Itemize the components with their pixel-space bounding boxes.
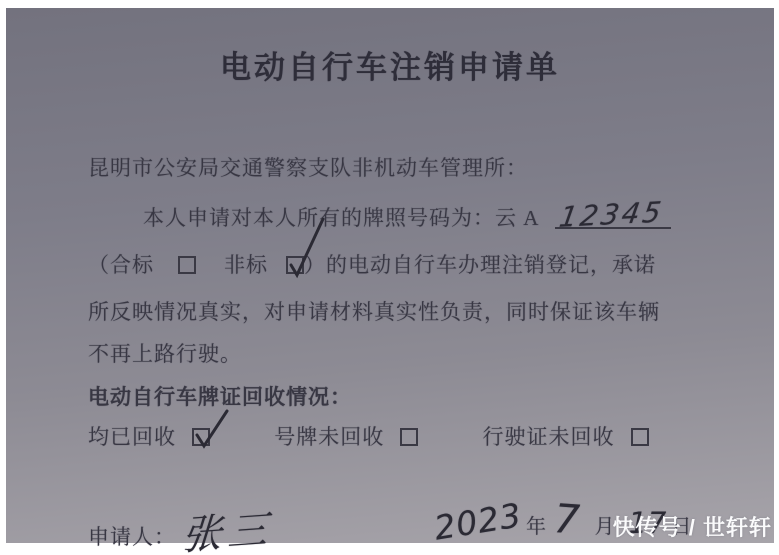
plate-number-handwritten: 12345	[557, 195, 666, 234]
form-title: 电动自行车注销申请单	[6, 42, 774, 87]
option-license-not-recovered: 行驶证未回收	[483, 421, 649, 451]
checkbox-all-recovered	[192, 428, 210, 446]
plate-number-field: 12345	[555, 205, 671, 229]
option-plate-not-recovered: 号牌未回收	[274, 421, 418, 451]
type-line-suffix: 的电动自行车办理注销登记，承诺	[326, 253, 656, 277]
month-handwritten: 7	[552, 496, 582, 544]
statement-line-3: 不再上路行驶。	[88, 338, 242, 368]
checkbox-hebiao	[178, 256, 196, 274]
application-text: 本人申请对本人所有的牌照号码为：云 A	[143, 206, 539, 230]
application-line: 本人申请对本人所有的牌照号码为：云 A12345	[143, 202, 671, 232]
option-label: 均已回收	[88, 425, 176, 449]
option-label: 行驶证未回收	[483, 425, 615, 449]
option-label: 号牌未回收	[274, 425, 384, 449]
statement-line-2: 所反映情况真实，对申请材料真实性负责，同时保证该车辆	[88, 296, 660, 326]
form-photo: 电动自行车注销申请单 昆明市公安局交通警察支队非机动车管理所： 本人申请对本人所…	[6, 8, 774, 543]
addressee-line: 昆明市公安局交通警察支队非机动车管理所：	[88, 152, 528, 182]
checkbox-plate-not-recovered	[400, 428, 418, 446]
applicant-label: 申请人：	[88, 521, 176, 551]
checkbox-license-not-recovered	[631, 428, 649, 446]
checkmark-icon	[283, 215, 327, 279]
year-handwritten: 2023	[431, 495, 524, 547]
checkmark-icon	[191, 407, 231, 451]
watermark: 快传号 / 世轩轩	[613, 511, 772, 542]
year-label: 年	[526, 510, 546, 539]
checkbox-feibiao	[286, 256, 304, 274]
option-all-recovered: 均已回收	[88, 421, 210, 451]
month-label: 月	[594, 510, 614, 539]
recovery-options-line: 均已回收 号牌未回收 行驶证未回收	[88, 421, 649, 451]
vehicle-type-line: （合标非标 ）的电动自行车办理注销登记，承诺	[88, 249, 656, 279]
feibiao-label: 非标	[224, 253, 268, 277]
hebiao-label: （合标	[88, 253, 154, 277]
applicant-signature-handwritten: 张三	[180, 498, 276, 555]
